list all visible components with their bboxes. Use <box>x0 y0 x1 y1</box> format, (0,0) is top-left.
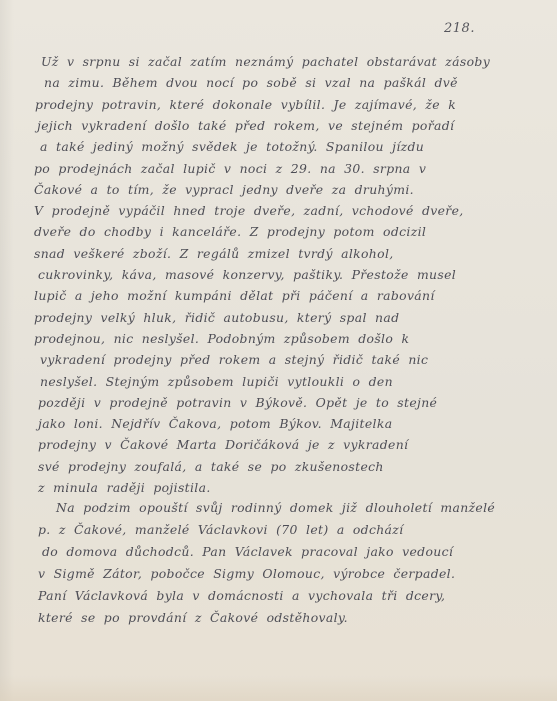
text-line: prodejny v Čakové Marta Doričáková je z … <box>38 437 408 453</box>
text-line: později v prodejně potravin v Býkově. Op… <box>38 395 437 411</box>
text-line: Paní Václavková byla v domácnosti a vych… <box>38 588 445 604</box>
page-bottom-edge <box>0 675 557 701</box>
text-line: prodejny potravin, které dokonale vybíli… <box>35 97 456 113</box>
text-line: po prodejnách začal lupič v noci z 29. n… <box>34 161 426 177</box>
text-line: z minula raději pojistila. <box>38 480 211 496</box>
page-edge-shadow <box>0 0 14 701</box>
text-line: Už v srpnu si začal zatím neznámý pachat… <box>41 54 490 70</box>
text-line: do domova důchodců. Pan Václavek pracova… <box>42 544 453 560</box>
text-line: prodejny velký hluk, řidič autobusu, kte… <box>34 310 399 326</box>
text-line: lupič a jeho možní kumpáni dělat při páč… <box>34 288 435 304</box>
text-line: své prodejny zoufalá, a také se po zkuše… <box>38 459 384 475</box>
text-line: neslyšel. Stejným způsobem lupiči vytlou… <box>40 374 393 390</box>
text-line: v Sigmě Zátor, pobočce Sigmy Olomouc, vý… <box>38 566 455 582</box>
text-line: Čakové a to tím, že vypracl jedny dveře … <box>34 182 414 198</box>
handwritten-page: 218. Už v srpnu si začal zatím neznámý p… <box>0 0 557 701</box>
text-line: vykradení prodejny před rokem a stejný ř… <box>40 352 428 368</box>
text-line: dveře do chodby i kanceláře. Z prodejny … <box>34 224 426 240</box>
text-line: které se po provdání z Čakové odstěhoval… <box>38 610 348 626</box>
page-number: 218. <box>444 21 475 36</box>
text-line: V prodejně vypáčil hned troje dveře, zad… <box>34 203 464 219</box>
text-line: prodejnou, nic neslyšel. Podobným způsob… <box>34 331 409 347</box>
text-line: a také jediný možný svědek je totožný. S… <box>40 139 424 155</box>
text-line: jako loni. Nejdřív Čakova, potom Býkov. … <box>38 416 392 432</box>
text-line: Na podzim opouští svůj rodinný domek již… <box>56 500 495 516</box>
text-line: cukrovinky, káva, masové konzervy, pašti… <box>38 267 456 283</box>
text-line: snad veškeré zboží. Z regálů zmizel tvrd… <box>34 246 394 262</box>
text-line: na zimu. Během dvou nocí po sobě si vzal… <box>44 75 458 91</box>
text-line: p. z Čakové, manželé Václavkovi (70 let)… <box>38 522 404 538</box>
text-line: jejich vykradení došlo také před rokem, … <box>37 118 454 134</box>
